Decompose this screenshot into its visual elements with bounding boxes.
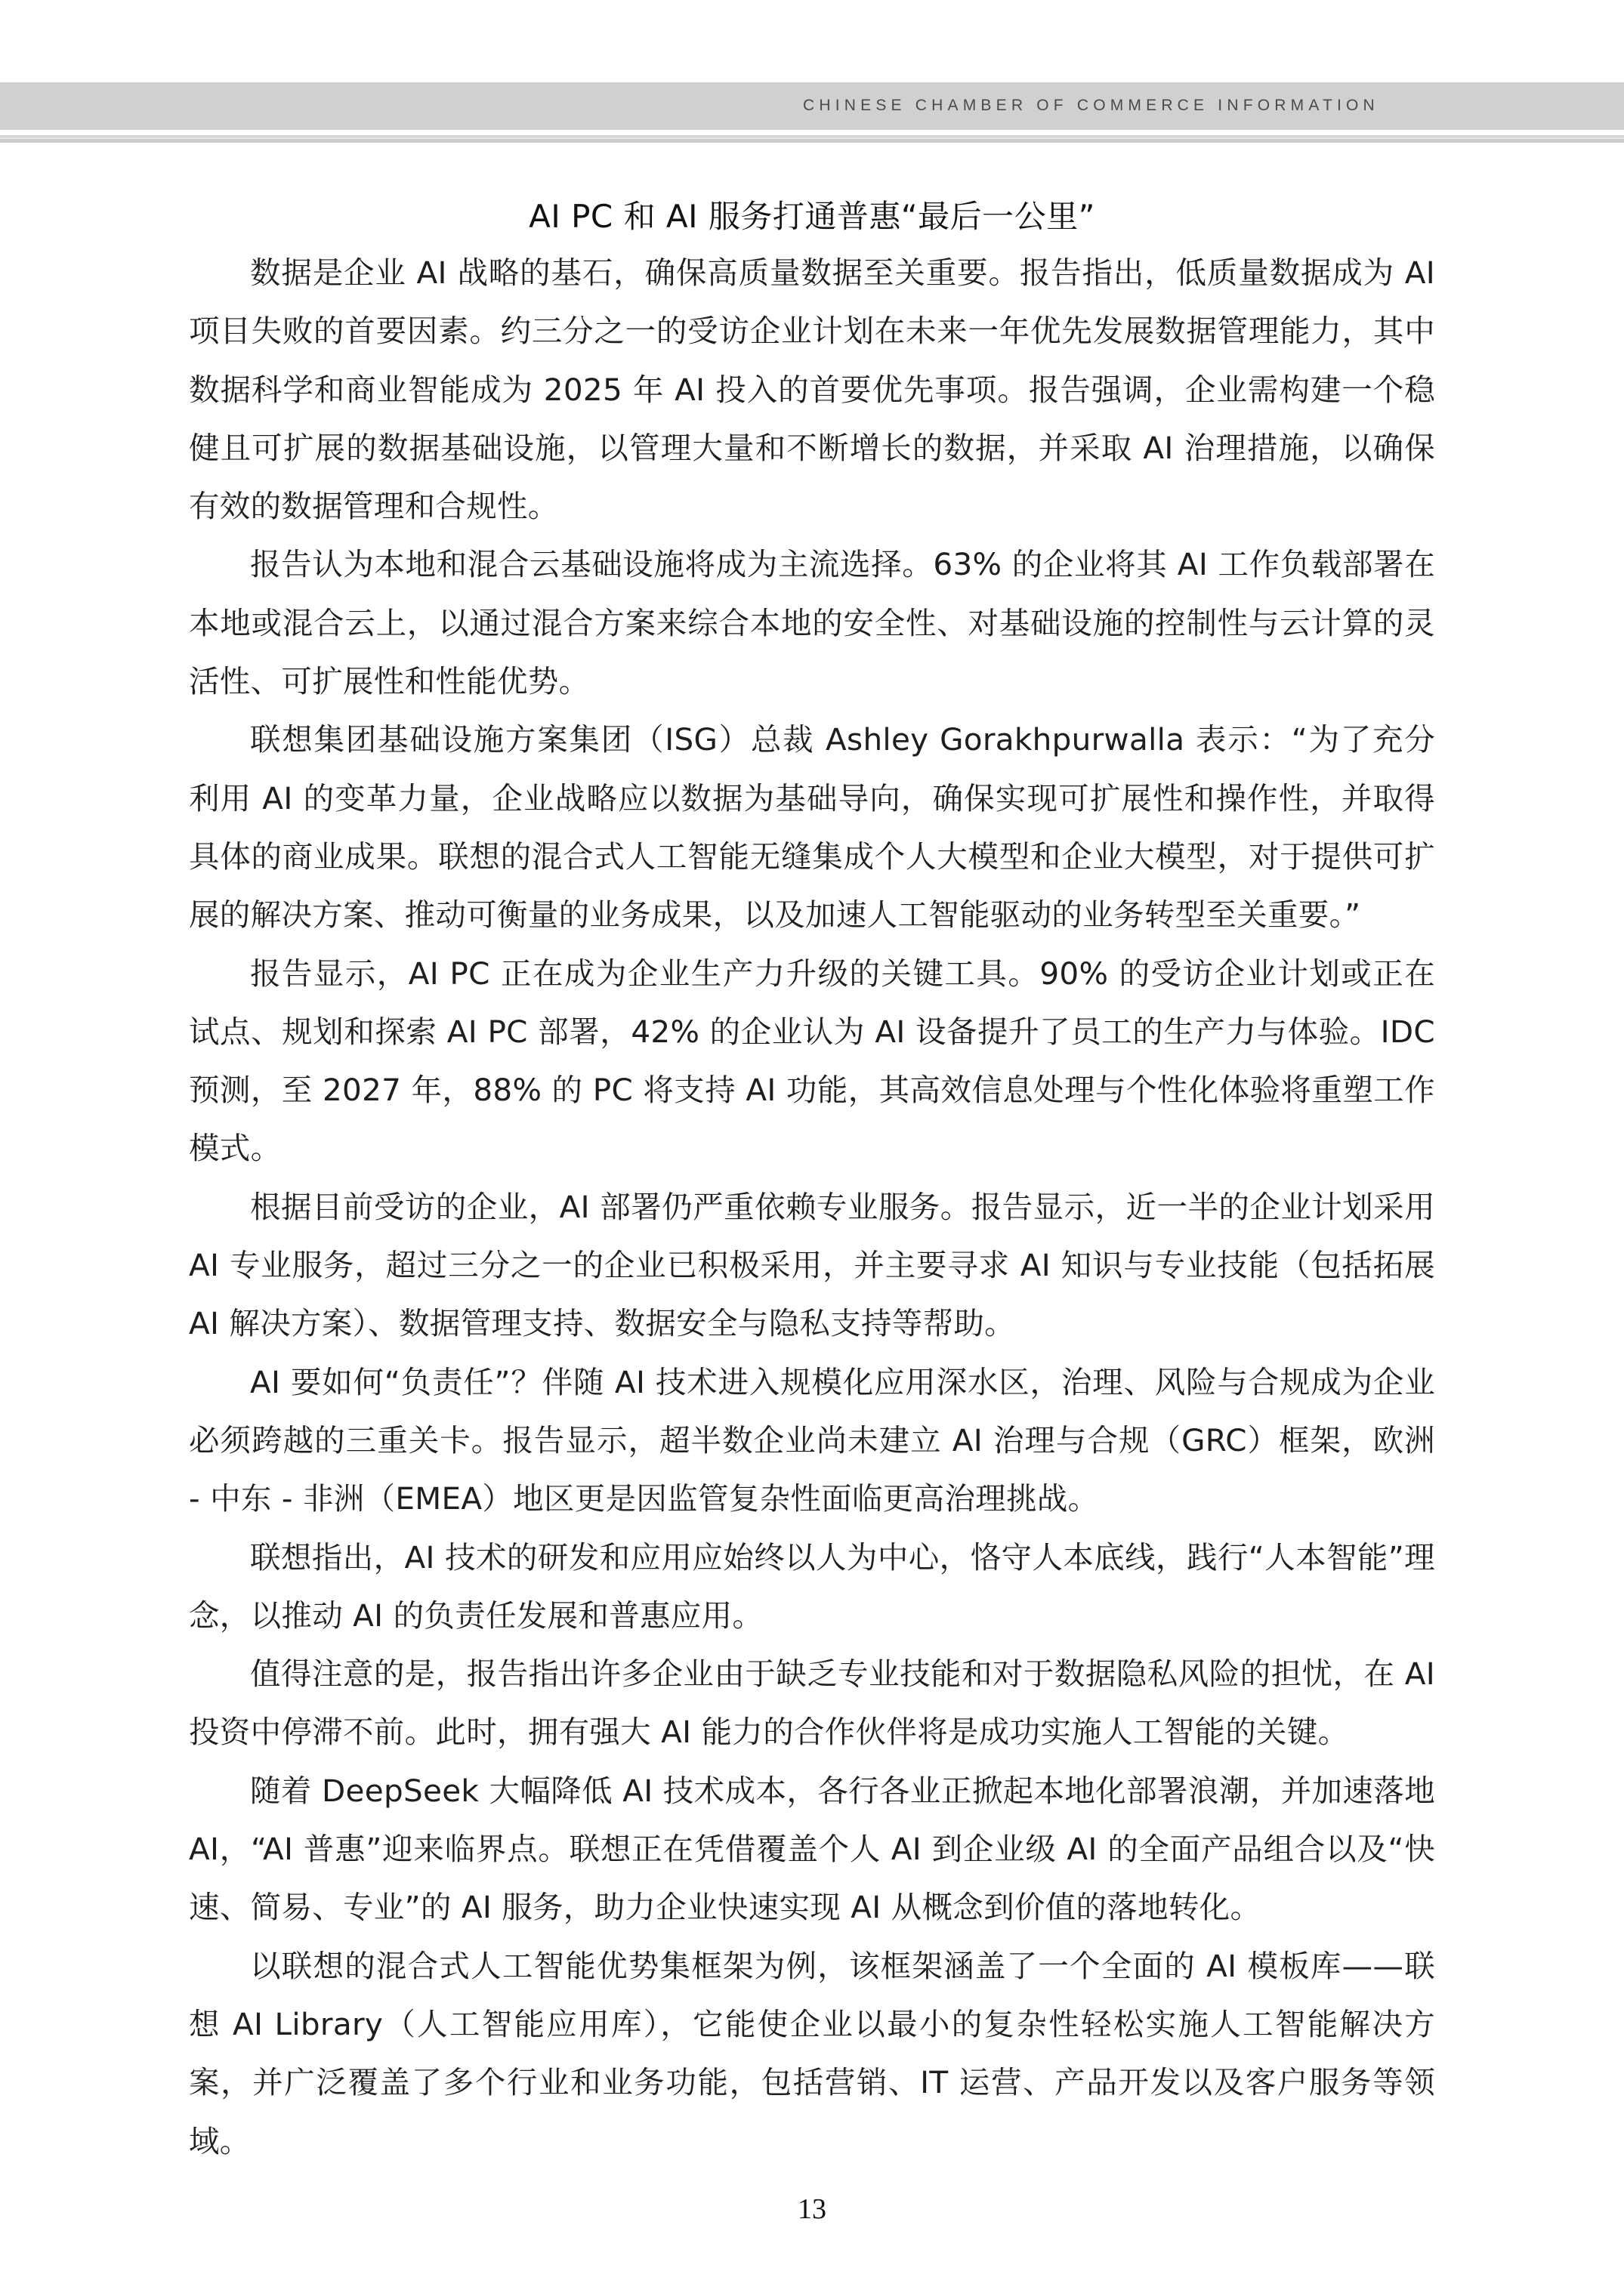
paragraph-professional-services: 根据目前受访的企业，AI 部署仍严重依赖专业服务。报告显示，近一半的企业计划采用… — [189, 1178, 1435, 1353]
paragraph-deepseek: 随着 DeepSeek 大幅降低 AI 技术成本，各行各业正掀起本地化部署浪潮，… — [189, 1762, 1435, 1937]
paragraph-data-foundation: 数据是企业 AI 战略的基石，确保高质量数据至关重要。报告指出，低质量数据成为 … — [189, 244, 1435, 535]
paragraph-responsible-ai: AI 要如何“负责任”？伴随 AI 技术进入规模化应用深水区，治理、风险与合规成… — [189, 1353, 1435, 1529]
header-divider — [0, 135, 1624, 143]
paragraph-ai-library: 以联想的混合式人工智能优势集框架为例，该框架涵盖了一个全面的 AI 模板库——联… — [189, 1937, 1435, 2171]
page-number: 13 — [0, 2193, 1624, 2226]
article: AI PC 和 AI 服务打通普惠“最后一公里” 数据是企业 AI 战略的基石，… — [189, 193, 1435, 2171]
paragraph-human-centric: 联想指出，AI 技术的研发和应用应始终以人为中心，恪守人本底线，践行“人本智能”… — [189, 1529, 1435, 1646]
paragraph-isg-quote: 联想集团基础设施方案集团（ISG）总裁 Ashley Gorakhpurwall… — [189, 711, 1435, 944]
paragraph-ai-pc: 报告显示，AI PC 正在成为企业生产力升级的关键工具。90% 的受访企业计划或… — [189, 945, 1435, 1178]
article-title: AI PC 和 AI 服务打通普惠“最后一公里” — [189, 193, 1435, 241]
paragraph-skills-gap: 值得注意的是，报告指出许多企业由于缺乏专业技能和对于数据隐私风险的担忧，在 AI… — [189, 1645, 1435, 1762]
paragraph-hybrid-cloud: 报告认为本地和混合云基础设施将成为主流选择。63% 的企业将其 AI 工作负载部… — [189, 535, 1435, 711]
publication-name: CHINESE CHAMBER OF COMMERCE INFORMATION — [803, 97, 1379, 115]
